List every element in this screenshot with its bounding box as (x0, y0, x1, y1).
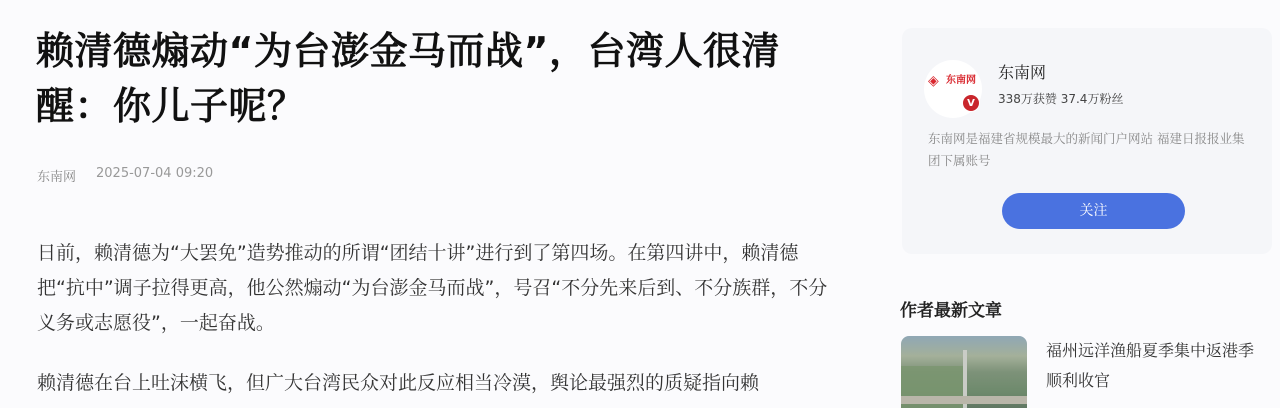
author-description: 东南网是福建省规模最大的新闻门户网站 福建日报报业集团下属账号 (928, 128, 1248, 172)
article-title: 赖清德煽动“为台澎金马而战”，台湾人很清醒：你儿子呢？ (36, 24, 856, 134)
latest-articles-heading: 作者最新文章 (900, 296, 1002, 321)
article-thumbnail[interactable] (901, 336, 1027, 408)
article-datetime: 2025-07-04 09:20 (96, 166, 213, 185)
brand-logo-icon: ◈ (928, 74, 946, 88)
brand-logo-text: 东南网 (946, 74, 976, 88)
article-main: 赖清德煽动“为台澎金马而战”，台湾人很清醒：你儿子呢？ 东南网 2025-07-… (0, 0, 870, 408)
article-meta: 东南网 2025-07-04 09:20 (37, 166, 213, 185)
author-card: ◈ 东南网 V 东南网 338万获赞 37.4万粉丝 东南网是福建省规模最大的新… (902, 28, 1272, 254)
article-source[interactable]: 东南网 (37, 166, 76, 185)
latest-article-link[interactable]: 福州远洋渔船夏季集中返港季 顺利收官 (1046, 336, 1280, 396)
author-stats: 338万获赞 37.4万粉丝 (998, 90, 1123, 107)
follow-button[interactable]: 关注 (1002, 193, 1185, 229)
article-paragraph: 日前，赖清德为“大罢免”造势推动的所谓“团结十讲”进行到了第四场。在第四讲中，赖… (37, 236, 837, 341)
latest-article-title-line: 福州远洋渔船夏季集中返港季 (1046, 336, 1280, 366)
thumbnail-image-detail (901, 396, 1027, 404)
verified-badge-icon: V (962, 94, 980, 112)
author-avatar[interactable]: ◈ 东南网 V (924, 60, 982, 118)
latest-article-title-line: 顺利收官 (1046, 366, 1280, 396)
article-paragraph: 赖清德在台上吐沫横飞，但广大台湾民众对此反应相当冷漠，舆论最强烈的质疑指向赖 (37, 366, 837, 401)
author-name[interactable]: 东南网 (998, 60, 1046, 83)
